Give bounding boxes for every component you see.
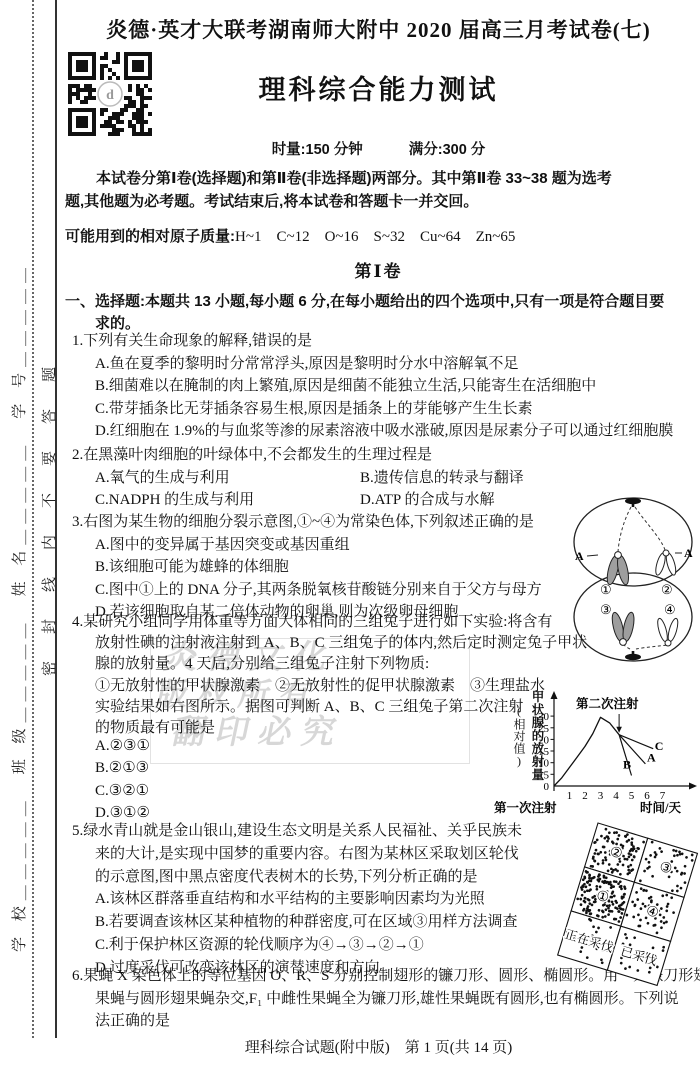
q5-option-b: B.若要调查该林区某种植物的种群密度,可在区域③用样方法调查 [65,911,522,934]
q3-option-b: B.该细胞可能为雄蜂的体细胞 [65,556,542,579]
q3-stem: 3.右图为某生物的细胞分裂示意图,①~④为常染色体,下列叙述正确的是 [65,511,542,534]
svg-text:C: C [655,739,664,753]
exam-notice: 本试卷分第Ⅰ卷(选择题)和第Ⅱ卷(非选择题)两部分。其中第Ⅱ卷 33~38 题为… [65,167,612,213]
q4-stem-line-1: 4.某研究小组同学用体重等方面大体相同的三组兔子进行如下实验:将含有 [65,612,587,633]
section-1-intro: 一、选择题:本题共 13 小题,每小题 6 分,在每小题给出的四个选项中,只有一… [65,291,664,335]
svg-text:2: 2 [582,790,588,802]
q2-option-b: B.遗传信息的转录与翻译 [360,470,524,486]
question-3: 3.右图为某生物的细胞分裂示意图,①~④为常染色体,下列叙述正确的是 A.图中的… [65,511,542,624]
svg-text:5: 5 [629,790,635,802]
q5-stem-line-3: 的示意图,图中黑点密度代表树木的长势,下列分析正确的是 [65,866,522,889]
atomic-mass-values: H~1 C~12 O~16 S~32 Cu~64 Zn~65 [235,229,515,245]
exam-series-title: 炎德·英才大联考湖南师大附中 2020 届高三月考试卷(七) [65,14,692,44]
q5-option-a: A.该林区群落垂直结构和水平结构的主要影响因素均为光照 [65,888,522,911]
q2-option-d: D.ATP 的合成与水解 [360,492,494,508]
question-2: 2.在黑藻叶肉细胞的叶绿体中,不会都发生的生理过程是 A.氧气的生成与利用B.遗… [65,444,524,512]
chromosome-4-label: ④ [664,602,676,617]
seal-dotted-line [32,0,34,1038]
seal-instruction: 密封线内不要答题 [38,256,59,676]
exam-paper-page: 炎德文化 版权所有 翻印必究 学 校＿＿＿＿＿ 班 级＿＿＿＿＿ 姓 名＿＿＿＿… [0,0,700,1071]
gene-label-a-right: A [684,546,693,560]
question-5: 5.绿水青山就是金山银山,建设生态文明是关系人民福祉、关乎民族未 来的大计,是实… [65,820,522,980]
q1-option-d: D.红细胞在 1.9%的与血浆等渗的尿素溶液中吸水涨破,原因是尿素分子可以通过红… [65,420,673,443]
svg-text:3: 3 [598,790,604,802]
question-4-options: A.②③① B.②①③ C.③②① D.③①② [65,735,150,825]
student-info-fields: 学 校＿＿＿＿＿ 班 级＿＿＿＿＿ 姓 名＿＿＿＿＿ 学 号＿＿＿＿＿ [8,72,29,952]
notice-line-1: 本试卷分第Ⅰ卷(选择题)和第Ⅱ卷(非选择题)两部分。其中第Ⅱ卷 33~38 题为… [65,167,612,190]
notice-line-2: 题,其他题为必考题。考试结束后,将本试卷和答题卡一并交回。 [65,190,612,213]
thyroid-chart-figure: 甲状腺的放射量 (相对值) 第二次注射 第一次注射 时间/天 051015202… [492,688,698,820]
score-label: 满分:300 分 [409,142,486,158]
exam-meta: 时量:150 分钟满分:300 分 [65,138,692,159]
first-injection-annotation: 第一次注射 [494,800,557,815]
section-intro-line-1: 一、选择题:本题共 13 小题,每小题 6 分,在每小题给出的四个选项中,只有一… [65,291,664,313]
q3-option-c: C.图中①上的 DNA 分子,其两条脱氧核苷酸链分别来自于父方与母方 [65,579,542,602]
q4-option-c: C.③②① [65,780,150,802]
svg-text:7: 7 [660,790,666,802]
second-injection-annotation: 第二次注射 [576,696,639,711]
svg-text:4: 4 [613,790,619,802]
cell-division-figure: A A ① ② ③ ④ [571,496,695,667]
duration-label: 时量:150 分钟 [272,142,363,158]
page-title: 理科综合能力测试 [65,68,692,107]
q1-stem: 1.下列有关生命现象的解释,错误的是 [65,330,673,353]
q2-stem: 2.在黑藻叶肉细胞的叶绿体中,不会都发生的生理过程是 [65,444,524,467]
svg-text:A: A [647,751,656,765]
q2-option-a: A.氧气的生成与利用 [95,467,360,490]
svg-text:0: 0 [544,781,550,793]
svg-text:1: 1 [567,790,573,802]
q5-stem-line-1: 5.绿水青山就是金山银山,建设生态文明是关系人民福祉、关乎民族未 [65,820,522,843]
chromosome-3-label: ③ [600,602,612,617]
chromosome-2-label: ② [661,582,673,597]
chart-y-axis-label-paren: (相对值) [511,704,528,768]
chart-y-axis-label: 甲状腺的放射量 [528,690,546,781]
gene-label-a-left: A [575,549,584,563]
q4-option-b: B.②①③ [65,757,150,779]
chromosome-1-label: ① [600,582,612,597]
q3-option-a: A.图中的变异属于基因突变或基因重组 [65,534,542,557]
q1-option-a: A.鱼在夏季的黎明时分常常浮头,原因是黎明时分水中溶解氧不足 [65,353,673,376]
q1-option-b: B.细菌难以在腌制的肉上繁殖,原因是细菌不能独立生活,只能寄生在活细胞中 [65,375,673,398]
q4-option-a: A.②③① [65,735,150,757]
q4-stem-line-3: 腺的放射量。4 天后,分别给三组兔子注射下列物质: [65,654,587,675]
forest-rotation-figure: ②③①④正在采伐已采伐 [536,820,700,997]
svg-text:B: B [623,758,631,772]
chart-x-axis-label: 时间/天 [640,800,681,815]
atomic-mass-line: 可能用到的相对原子质量:H~1 C~12 O~16 S~32 Cu~64 Zn~… [65,225,515,246]
q5-option-c: C.利于保护林区资源的轮伐顺序为④→③→②→① [65,934,522,957]
page-footer: 理科综合试题(附中版) 第 1 页(共 14 页) [65,1036,692,1057]
q6-stem-line-3: 法正确的是 [65,1010,700,1033]
q2-option-c: C.NADPH 的生成与利用 [95,489,360,512]
section-1-title: 第Ⅰ卷 [65,257,692,282]
atomic-mass-label: 可能用到的相对原子质量: [65,228,235,245]
q4-stem-line-2: 放射性碘的注射液注射到 A、B、C 三组兔子的体内,然后定时测定兔子甲状 [65,633,587,654]
svg-text:6: 6 [644,790,650,802]
q5-stem-line-2: 来的大计,是实现中国梦的重要内容。右图为某林区采取划区轮伐 [65,843,522,866]
q1-option-c: C.带芽插条比无芽插条容易生根,原因是插条上的芽能够产生生长素 [65,398,673,421]
question-1: 1.下列有关生命现象的解释,错误的是 A.鱼在夏季的黎明时分常常浮头,原因是黎明… [65,330,673,443]
